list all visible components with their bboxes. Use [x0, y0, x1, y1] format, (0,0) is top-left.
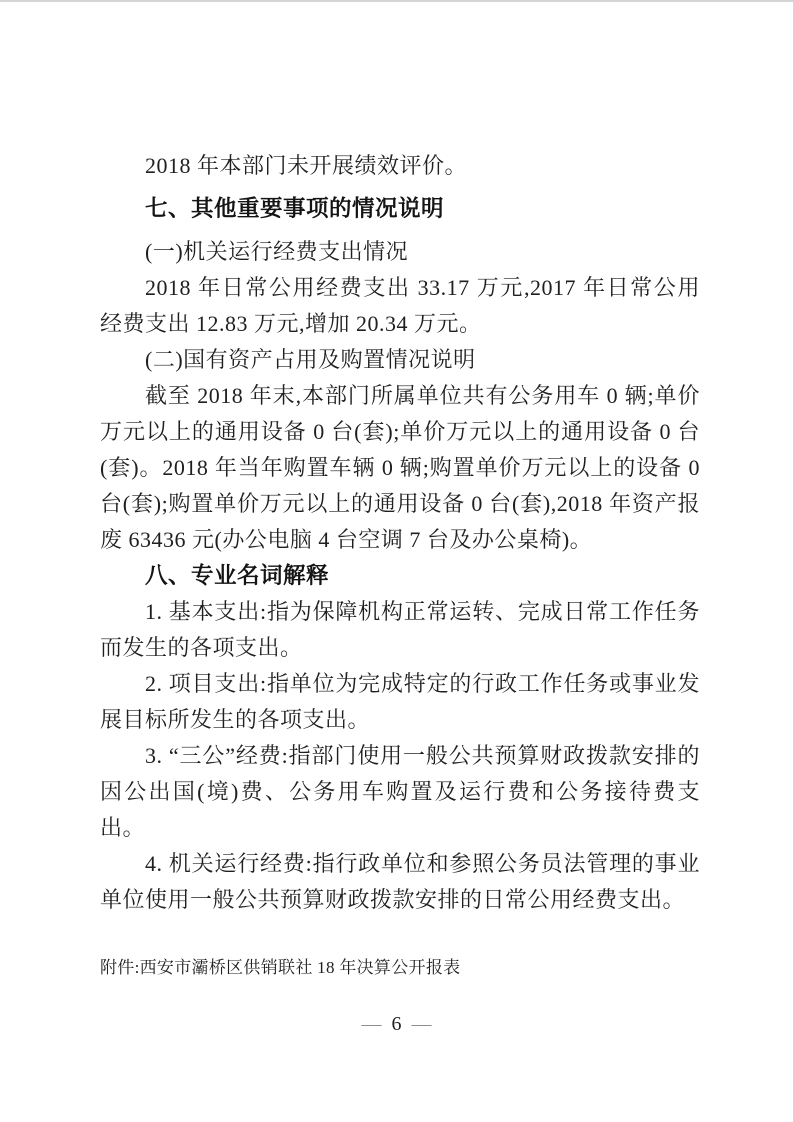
page-footer: —6— [0, 1010, 793, 1038]
document-body: 2018 年本部门未开展绩效评价。 七、其他重要事项的情况说明 (一)机关运行经… [100, 148, 700, 982]
section-7-sub-2-heading: (二)国有资产占用及购置情况说明 [100, 342, 700, 378]
paragraph-state-assets: 截至 2018 年末,本部门所属单位共有公务用车 0 辆;单价万元以上的通用设备… [100, 378, 700, 558]
term-basic-expenditure: 1. 基本支出:指为保障机构正常运转、完成日常工作任务而发生的各项支出。 [100, 594, 700, 666]
document-page: 2018 年本部门未开展绩效评价。 七、其他重要事项的情况说明 (一)机关运行经… [0, 0, 793, 1122]
page-number-dash-right: — [402, 1013, 442, 1035]
section-7-heading: 七、其他重要事项的情况说明 [100, 191, 700, 227]
term-project-expenditure: 2. 项目支出:指单位为完成特定的行政工作任务或事业发展目标所发生的各项支出。 [100, 666, 700, 738]
paragraph-performance-evaluation: 2018 年本部门未开展绩效评价。 [100, 148, 700, 184]
scan-artifact-line [0, 0, 793, 2]
page-number-dash-left: — [352, 1013, 392, 1035]
term-agency-operating-funds: 4. 机关运行经费:指行政单位和参照公务员法管理的事业单位使用一般公共预算财政拨… [100, 846, 700, 918]
section-7-sub-1-heading: (一)机关运行经费支出情况 [100, 234, 700, 270]
paragraph-operating-expense: 2018 年日常公用经费支出 33.17 万元,2017 年日常公用经费支出 1… [100, 270, 700, 342]
attachment-note: 附件:西安市灞桥区供销联社 18 年决算公开报表 [100, 954, 700, 982]
page-number: 6 [392, 1013, 402, 1035]
term-three-public-funds: 3. “三公”经费:指部门使用一般公共预算财政拨款安排的因公出国(境)费、公务用… [100, 738, 700, 846]
section-8-heading: 八、专业名词解释 [100, 558, 700, 594]
